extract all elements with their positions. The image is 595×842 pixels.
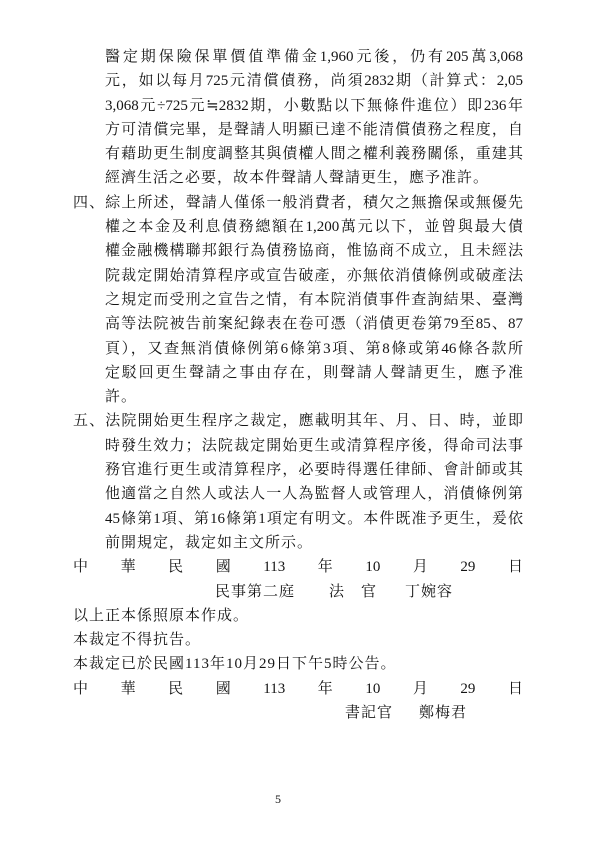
document-body: 醫定期保險保單價值準備金1,960元後，仍有205萬3,068元，如以每月725… [73,45,523,725]
body-line: 院裁定開始清算程序或宣告破產，亦無依消債條例或破產法 [73,264,523,288]
date-token-year: 113 [263,555,285,579]
body-line: 高等法院被告前案紀錄表在卷可憑（消債更卷第79至85、87 [73,312,523,336]
date-token: 年 [318,677,333,701]
date-token: 國 [216,555,231,579]
date-token: 中 [73,555,88,579]
date-token: 中 [73,677,88,701]
date-token: 華 [121,677,136,701]
date-token: 國 [216,677,231,701]
court-ruling-page: 醫定期保險保單價值準備金1,960元後，仍有205萬3,068元，如以每月725… [0,0,595,842]
body-line: 權金融機構聯邦銀行為債務協商，惟協商不成立，且未經法 [73,239,523,263]
body-line: 時發生效力；法院裁定開始更生或清算程序後，得命司法事 [73,434,523,458]
clerk-signature-row: 書記官 鄭梅君 [73,701,523,725]
date-token-day: 29 [460,677,475,701]
body-line: 45條第1項、第16條第1項定有明文。本件既准予更生，爰依 [73,507,523,531]
date-token: 年 [318,555,333,579]
date-token: 日 [508,555,523,579]
date-token: 民 [168,555,183,579]
clerk-name: 鄭梅君 [419,701,467,725]
body-line: 他適當之自然人或法人一人為監督人或管理人，消債條例第 [73,482,523,506]
closing-note-line: 本裁定不得抗告。 [73,628,523,652]
date-token-year: 113 [263,677,285,701]
court-division: 民事第二庭 [215,580,295,604]
date-token: 日 [508,677,523,701]
body-line: 之規定而受刑之宣告之情，有本院消債事件查詢結果、臺灣 [73,288,523,312]
date-token-month: 10 [365,555,380,579]
judge-name: 丁婉容 [405,580,453,604]
judge-title: 法 官 [329,580,377,604]
date-token-day: 29 [460,555,475,579]
roc-date-line-judgment: 中 華 民 國 113 年 10 月 29 日 [73,555,523,579]
body-text-block: 醫定期保險保單價值準備金1,960元後，仍有205萬3,068元，如以每月725… [73,45,523,555]
closing-note-line: 本裁定已於民國113年10月29日下午5時公告。 [73,652,523,676]
body-line: 3,068元÷725元≒2832期，小數點以下無條件進位）即236年 [73,94,523,118]
body-line: 前開規定，裁定如主文所示。 [73,531,523,555]
page-number: 5 [263,792,293,807]
body-line: 元，如以每月725元清償債務，尚須2832期（計算式：2,05 [73,69,523,93]
body-line: 定駁回更生聲請之事由存在，則聲請人聲請更生，應予准 [73,361,523,385]
date-token: 月 [413,677,428,701]
body-line: 四、綜上所述，聲請人僅係一般消費者，積欠之無擔保或無優先 [73,191,523,215]
body-line: 方可清償完畢，是聲請人明顯已達不能清償債務之程度，自 [73,118,523,142]
body-line: 有藉助更生制度調整其與債權人間之權利義務關係，重建其 [73,142,523,166]
closing-notes-block: 以上正本係照原本作成。本裁定不得抗告。本裁定已於民國113年10月29日下午5時… [73,604,523,677]
judge-signature-row: 民事第二庭 法 官 丁婉容 [73,580,523,604]
body-line: 務官進行更生或清算程序，必要時得選任律師、會計師或其 [73,458,523,482]
date-token: 華 [121,555,136,579]
body-line: 經濟生活之必要，故本件聲請人聲請更生，應予准許。 [73,166,523,190]
date-token-month: 10 [365,677,380,701]
body-line: 權之本金及利息債務總額在1,200萬元以下，並曾與最大債 [73,215,523,239]
date-token: 月 [413,555,428,579]
body-line: 醫定期保險保單價值準備金1,960元後，仍有205萬3,068 [73,45,523,69]
body-line: 頁），又查無消債條例第6條第3項、第8條或第46條各款所 [73,337,523,361]
clerk-title: 書記官 [345,701,393,725]
roc-date-line-announcement: 中 華 民 國 113 年 10 月 29 日 [73,677,523,701]
closing-note-line: 以上正本係照原本作成。 [73,604,523,628]
date-token: 民 [168,677,183,701]
body-line: 五、法院開始更生程序之裁定，應載明其年、月、日、時，並即 [73,409,523,433]
body-line: 許。 [73,385,523,409]
